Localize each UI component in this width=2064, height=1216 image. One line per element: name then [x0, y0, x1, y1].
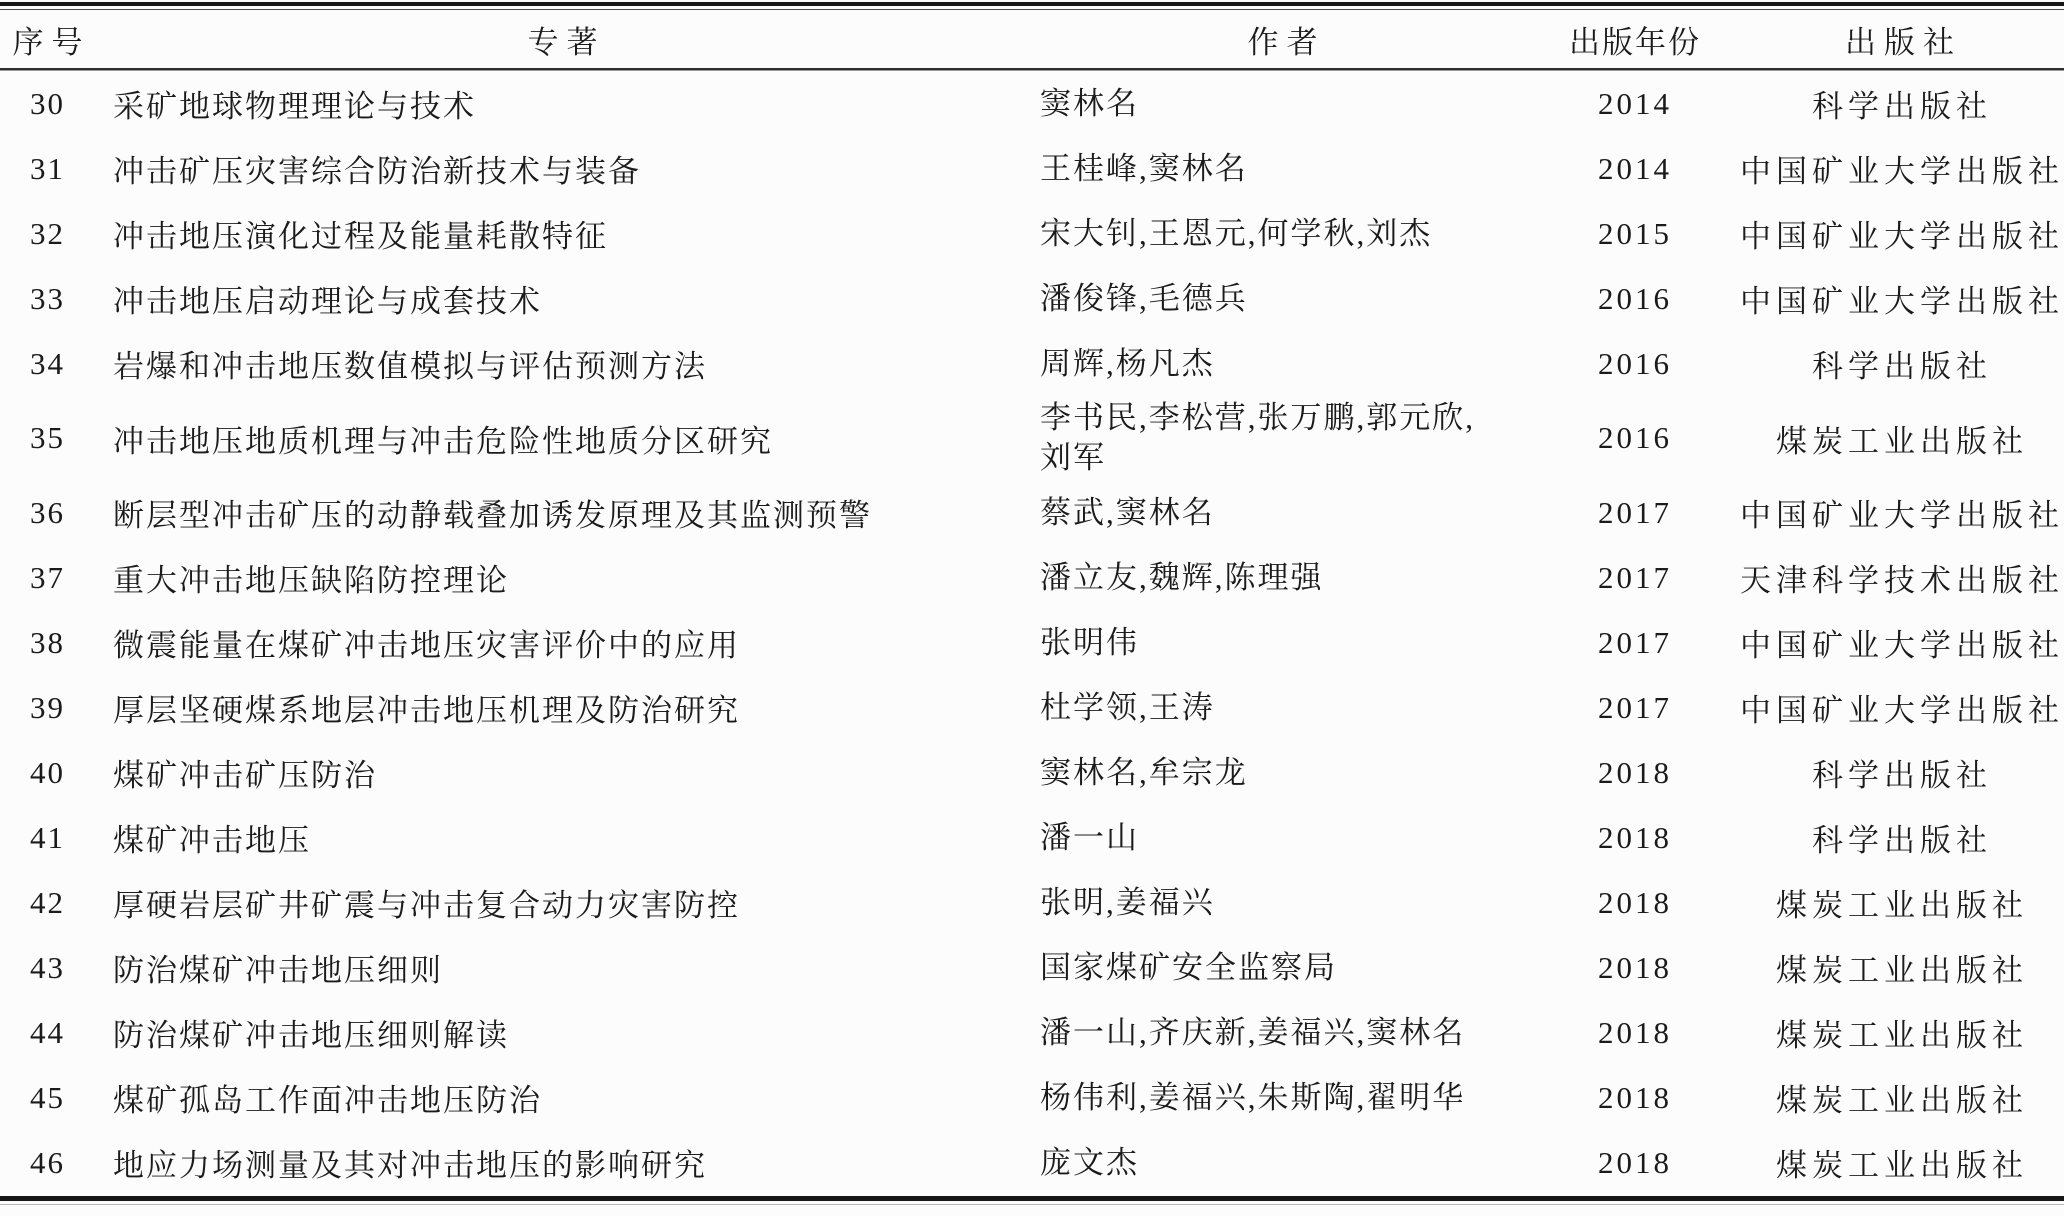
table-bottom-rule-thin [0, 1204, 2064, 1205]
cell-year: 2014 [1535, 136, 1735, 201]
header-index: 序号 [0, 10, 95, 70]
cell-publisher: 煤炭工业出版社 [1735, 396, 2064, 480]
cell-index: 32 [0, 201, 95, 266]
cell-index: 46 [0, 1130, 95, 1195]
cell-title: 重大冲击地压缺陷防控理论 [95, 545, 1030, 610]
cell-publisher: 煤炭工业出版社 [1735, 1000, 2064, 1065]
table-row: 38 微震能量在煤矿冲击地压灾害评价中的应用 张明伟 2017 中国矿业大学出版… [0, 610, 2064, 675]
table-row: 39 厚层坚硬煤系地层冲击地压机理及防治研究 杜学领,王涛 2017 中国矿业大… [0, 675, 2064, 740]
cell-index: 30 [0, 70, 95, 136]
table-body: 30 采矿地球物理理论与技术 窦林名 2014 科学出版社 31 冲击矿压灾害综… [0, 70, 2064, 1195]
cell-title: 冲击矿压灾害综合防治新技术与装备 [95, 136, 1030, 201]
cell-author: 国家煤矿安全监察局 [1030, 935, 1535, 1000]
cell-year: 2014 [1535, 70, 1735, 136]
cell-author: 窦林名 [1030, 70, 1535, 136]
header-year: 出版年份 [1535, 10, 1735, 70]
cell-publisher: 煤炭工业出版社 [1735, 1065, 2064, 1130]
table-row: 34 岩爆和冲击地压数值模拟与评估预测方法 周辉,杨凡杰 2016 科学出版社 [0, 331, 2064, 396]
cell-index: 37 [0, 545, 95, 610]
cell-title: 岩爆和冲击地压数值模拟与评估预测方法 [95, 331, 1030, 396]
cell-author: 张明伟 [1030, 610, 1535, 675]
cell-year: 2016 [1535, 396, 1735, 480]
cell-year: 2017 [1535, 545, 1735, 610]
table-top-rule-thick [0, 2, 2064, 6]
table-header: 序号 专著 作者 出版年份 出版社 [0, 10, 2064, 70]
table-row: 30 采矿地球物理理论与技术 窦林名 2014 科学出版社 [0, 70, 2064, 136]
cell-year: 2017 [1535, 480, 1735, 545]
header-author: 作者 [1030, 10, 1535, 70]
cell-author: 潘俊锋,毛德兵 [1030, 266, 1535, 331]
monograph-table: 序号 专著 作者 出版年份 出版社 30 采矿地球物理理论与技术 窦林名 201… [0, 10, 2064, 1195]
cell-year: 2016 [1535, 331, 1735, 396]
cell-publisher: 科学出版社 [1735, 740, 2064, 805]
cell-title: 采矿地球物理理论与技术 [95, 70, 1030, 136]
cell-index: 36 [0, 480, 95, 545]
cell-publisher: 科学出版社 [1735, 805, 2064, 870]
cell-publisher: 煤炭工业出版社 [1735, 870, 2064, 935]
cell-year: 2018 [1535, 1065, 1735, 1130]
table-row: 44 防治煤矿冲击地压细则解读 潘一山,齐庆新,姜福兴,窦林名 2018 煤炭工… [0, 1000, 2064, 1065]
cell-author: 宋大钊,王恩元,何学秋,刘杰 [1030, 201, 1535, 266]
scanned-table-page: 序号 专著 作者 出版年份 出版社 30 采矿地球物理理论与技术 窦林名 201… [0, 2, 2064, 1216]
table-row: 36 断层型冲击矿压的动静载叠加诱发原理及其监测预警 蔡武,窦林名 2017 中… [0, 480, 2064, 545]
cell-title: 防治煤矿冲击地压细则 [95, 935, 1030, 1000]
cell-publisher: 煤炭工业出版社 [1735, 935, 2064, 1000]
cell-index: 43 [0, 935, 95, 1000]
table-row: 42 厚硬岩层矿井矿震与冲击复合动力灾害防控 张明,姜福兴 2018 煤炭工业出… [0, 870, 2064, 935]
cell-title: 煤矿冲击矿压防治 [95, 740, 1030, 805]
header-publisher: 出版社 [1735, 10, 2064, 70]
cell-title: 厚层坚硬煤系地层冲击地压机理及防治研究 [95, 675, 1030, 740]
table-row: 43 防治煤矿冲击地压细则 国家煤矿安全监察局 2018 煤炭工业出版社 [0, 935, 2064, 1000]
table-row: 46 地应力场测量及其对冲击地压的影响研究 庞文杰 2018 煤炭工业出版社 [0, 1130, 2064, 1195]
table-row: 33 冲击地压启动理论与成套技术 潘俊锋,毛德兵 2016 中国矿业大学出版社 [0, 266, 2064, 331]
table-row: 32 冲击地压演化过程及能量耗散特征 宋大钊,王恩元,何学秋,刘杰 2015 中… [0, 201, 2064, 266]
cell-title: 断层型冲击矿压的动静载叠加诱发原理及其监测预警 [95, 480, 1030, 545]
cell-year: 2017 [1535, 675, 1735, 740]
cell-publisher: 中国矿业大学出版社 [1735, 480, 2064, 545]
cell-title: 煤矿孤岛工作面冲击地压防治 [95, 1065, 1030, 1130]
cell-year: 2018 [1535, 740, 1735, 805]
cell-index: 45 [0, 1065, 95, 1130]
cell-author: 周辉,杨凡杰 [1030, 331, 1535, 396]
table-row: 37 重大冲击地压缺陷防控理论 潘立友,魏辉,陈理强 2017 天津科学技术出版… [0, 545, 2064, 610]
table-row: 45 煤矿孤岛工作面冲击地压防治 杨伟利,姜福兴,朱斯陶,翟明华 2018 煤炭… [0, 1065, 2064, 1130]
cell-year: 2016 [1535, 266, 1735, 331]
cell-author: 张明,姜福兴 [1030, 870, 1535, 935]
table-row: 35 冲击地压地质机理与冲击危险性地质分区研究 李书民,李松营,张万鹏,郭元欣,… [0, 396, 2064, 480]
cell-title: 煤矿冲击地压 [95, 805, 1030, 870]
cell-author: 庞文杰 [1030, 1130, 1535, 1195]
cell-title: 冲击地压演化过程及能量耗散特征 [95, 201, 1030, 266]
cell-year: 2018 [1535, 870, 1735, 935]
cell-publisher: 中国矿业大学出版社 [1735, 201, 2064, 266]
cell-publisher: 煤炭工业出版社 [1735, 1130, 2064, 1195]
cell-publisher: 中国矿业大学出版社 [1735, 610, 2064, 675]
cell-index: 34 [0, 331, 95, 396]
cell-publisher: 中国矿业大学出版社 [1735, 675, 2064, 740]
cell-year: 2018 [1535, 1130, 1735, 1195]
table-bottom-rule-thick [0, 1196, 2064, 1201]
header-row: 序号 专著 作者 出版年份 出版社 [0, 10, 2064, 70]
cell-year: 2018 [1535, 935, 1735, 1000]
cell-author: 杨伟利,姜福兴,朱斯陶,翟明华 [1030, 1065, 1535, 1130]
table-row: 31 冲击矿压灾害综合防治新技术与装备 王桂峰,窦林名 2014 中国矿业大学出… [0, 136, 2064, 201]
cell-index: 35 [0, 396, 95, 480]
table-row: 40 煤矿冲击矿压防治 窦林名,牟宗龙 2018 科学出版社 [0, 740, 2064, 805]
cell-title: 冲击地压启动理论与成套技术 [95, 266, 1030, 331]
cell-author: 潘一山,齐庆新,姜福兴,窦林名 [1030, 1000, 1535, 1065]
cell-publisher: 中国矿业大学出版社 [1735, 136, 2064, 201]
header-title: 专著 [95, 10, 1030, 70]
cell-index: 41 [0, 805, 95, 870]
cell-author: 窦林名,牟宗龙 [1030, 740, 1535, 805]
cell-publisher: 科学出版社 [1735, 331, 2064, 396]
cell-author: 杜学领,王涛 [1030, 675, 1535, 740]
cell-title: 冲击地压地质机理与冲击危险性地质分区研究 [95, 396, 1030, 480]
cell-index: 44 [0, 1000, 95, 1065]
cell-author: 潘立友,魏辉,陈理强 [1030, 545, 1535, 610]
cell-year: 2017 [1535, 610, 1735, 675]
cell-index: 38 [0, 610, 95, 675]
cell-title: 微震能量在煤矿冲击地压灾害评价中的应用 [95, 610, 1030, 675]
cell-title: 厚硬岩层矿井矿震与冲击复合动力灾害防控 [95, 870, 1030, 935]
cell-publisher: 科学出版社 [1735, 70, 2064, 136]
cell-author: 潘一山 [1030, 805, 1535, 870]
cell-index: 40 [0, 740, 95, 805]
cell-author: 李书民,李松营,张万鹏,郭元欣, 刘军 [1030, 396, 1535, 480]
cell-author: 王桂峰,窦林名 [1030, 136, 1535, 201]
cell-title: 防治煤矿冲击地压细则解读 [95, 1000, 1030, 1065]
cell-index: 42 [0, 870, 95, 935]
table-row: 41 煤矿冲击地压 潘一山 2018 科学出版社 [0, 805, 2064, 870]
cell-author: 蔡武,窦林名 [1030, 480, 1535, 545]
cell-publisher: 天津科学技术出版社 [1735, 545, 2064, 610]
cell-index: 31 [0, 136, 95, 201]
cell-title: 地应力场测量及其对冲击地压的影响研究 [95, 1130, 1030, 1195]
cell-index: 33 [0, 266, 95, 331]
cell-year: 2018 [1535, 805, 1735, 870]
cell-year: 2015 [1535, 201, 1735, 266]
cell-year: 2018 [1535, 1000, 1735, 1065]
cell-publisher: 中国矿业大学出版社 [1735, 266, 2064, 331]
cell-index: 39 [0, 675, 95, 740]
